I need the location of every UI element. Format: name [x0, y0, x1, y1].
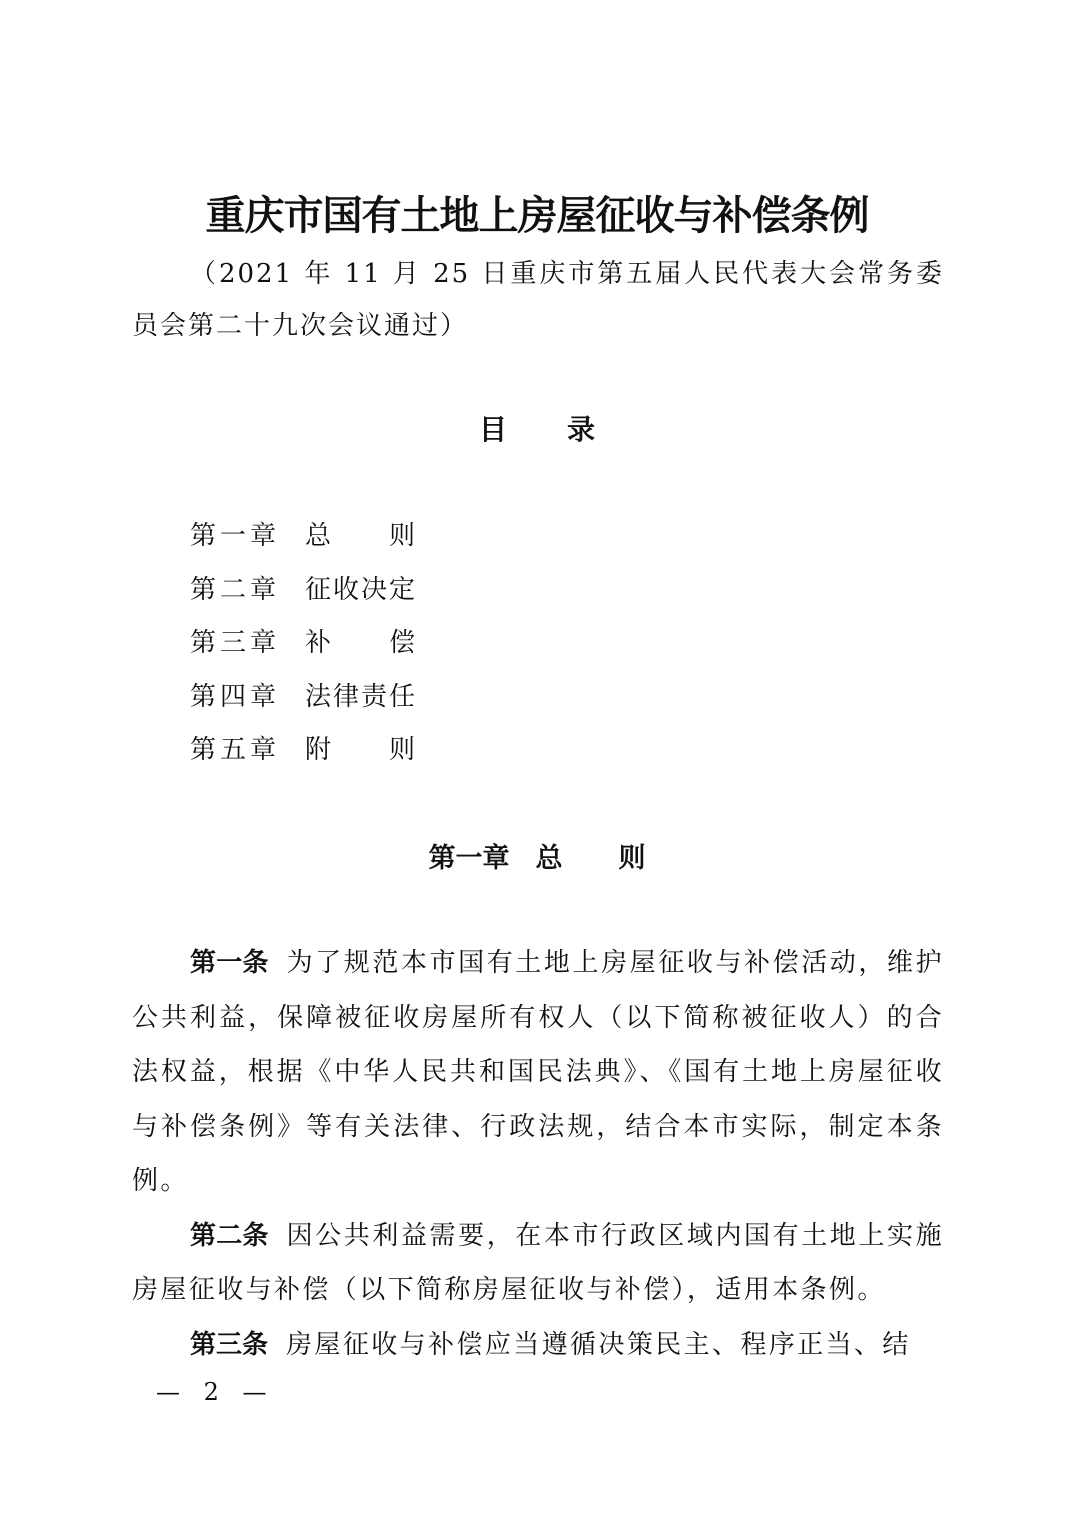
toc-chapter-number: 第五章 — [190, 724, 305, 778]
toc-heading-right: 录 — [567, 408, 595, 448]
toc-heading: 目录 — [0, 408, 1074, 448]
toc-item[interactable]: 第四章 法律责任 — [190, 671, 417, 725]
toc-name-part: 偿 — [389, 617, 417, 671]
toc-name-part: 补 — [305, 617, 333, 671]
toc-chapter-name: 补偿 — [305, 617, 417, 671]
table-of-contents: 第一章 总则 第二章 征收决定 第三章 补偿 第四章 法律责任 第五章 附则 — [190, 510, 417, 778]
article-label: 第一条 — [190, 948, 269, 978]
chapter-name-a: 总 — [536, 843, 563, 874]
toc-chapter-name: 总则 — [305, 510, 417, 564]
toc-item[interactable]: 第二章 征收决定 — [190, 564, 417, 618]
article: 第一条为了规范本市国有土地上房屋征收与补偿活动，维护公共利益，保障被征收房屋所有… — [132, 936, 944, 1209]
toc-name-part: 附 — [305, 724, 333, 778]
toc-name-part: 总 — [305, 510, 333, 564]
toc-name-part: 法律责任 — [305, 671, 417, 725]
document-title: 重庆市国有土地上房屋征收与补偿条例 — [0, 184, 1074, 241]
document-page: 重庆市国有土地上房屋征收与补偿条例 （2021 年 11 月 25 日重庆市第五… — [0, 0, 1074, 1520]
toc-chapter-name: 法律责任 — [305, 671, 417, 725]
toc-chapter-name: 征收决定 — [305, 564, 417, 618]
toc-heading-left: 目 — [479, 408, 507, 448]
article: 第二条因公共利益需要，在本市行政区域内国有土地上实施房屋征收与补偿（以下简称房屋… — [132, 1209, 944, 1318]
article-label: 第二条 — [190, 1221, 269, 1251]
toc-name-part: 则 — [389, 510, 417, 564]
toc-chapter-number: 第三章 — [190, 617, 305, 671]
toc-chapter-number: 第二章 — [190, 564, 305, 618]
article-text: 房屋征收与补偿应当遵循决策民主、程序正当、结 — [286, 1330, 911, 1360]
toc-item[interactable]: 第一章 总则 — [190, 510, 417, 564]
document-subtitle: （2021 年 11 月 25 日重庆市第五届人民代表大会常务委员会第二十九次会… — [132, 248, 944, 352]
article: 第三条房屋征收与补偿应当遵循决策民主、程序正当、结 — [132, 1318, 944, 1373]
toc-name-part: 征收决定 — [305, 564, 417, 618]
toc-item[interactable]: 第五章 附则 — [190, 724, 417, 778]
document-body: 第一条为了规范本市国有土地上房屋征收与补偿活动，维护公共利益，保障被征收房屋所有… — [132, 936, 944, 1372]
article-text: 为了规范本市国有土地上房屋征收与补偿活动，维护公共利益，保障被征收房屋所有权人（… — [132, 948, 944, 1196]
toc-chapter-name: 附则 — [305, 724, 417, 778]
toc-chapter-number: 第四章 — [190, 671, 305, 725]
page-number: — 2 — — [156, 1378, 275, 1406]
article-label: 第三条 — [190, 1330, 268, 1360]
toc-name-part: 则 — [389, 724, 417, 778]
chapter-number: 第一章 — [429, 843, 510, 874]
chapter-name-b: 则 — [619, 843, 646, 874]
toc-item[interactable]: 第三章 补偿 — [190, 617, 417, 671]
toc-chapter-number: 第一章 — [190, 510, 305, 564]
chapter-heading: 第一章总则 — [0, 836, 1074, 875]
